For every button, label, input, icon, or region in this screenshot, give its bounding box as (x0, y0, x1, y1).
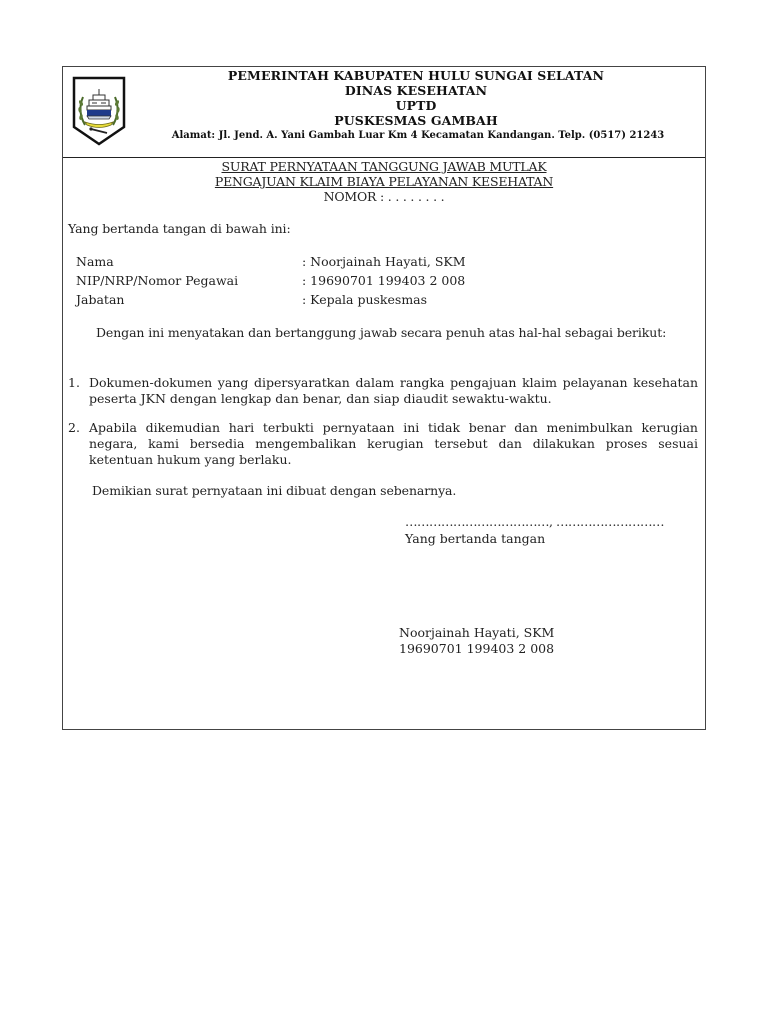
identity-value: : Noorjainah Hayati, SKM (302, 252, 466, 271)
list-item: 2. Apabila dikemudian hari terbukti pern… (68, 420, 698, 468)
unit-name: UPTD (133, 98, 699, 113)
list-number: 1. (68, 375, 89, 407)
signatory-nip: 19690701 199403 2 008 (399, 641, 554, 657)
closing-text: Demikian surat pernyataan ini dibuat den… (92, 483, 698, 499)
identity-row-nip: NIP/NRP/Nomor Pegawai : 19690701 199403 … (76, 271, 466, 290)
identity-label: NIP/NRP/Nomor Pegawai (76, 271, 302, 290)
identity-label: Jabatan (76, 290, 302, 309)
list-number: 2. (68, 420, 89, 468)
signature-role: Yang bertanda tangan (405, 531, 545, 547)
identity-value: : 19690701 199403 2 008 (302, 271, 465, 290)
document-frame: PEMERINTAH KABUPATEN HULU SUNGAI SELATAN… (62, 66, 706, 730)
list-text: Dokumen-dokumen yang dipersyaratkan dala… (89, 375, 698, 407)
list-text: Apabila dikemudian hari terbukti pernyat… (89, 420, 698, 468)
department-name: DINAS KESEHATAN (133, 83, 699, 98)
government-name: PEMERINTAH KABUPATEN HULU SUNGAI SELATAN (133, 67, 699, 83)
identity-row-position: Jabatan : Kepala puskesmas (76, 290, 466, 309)
statement-text: Dengan ini menyatakan dan bertanggung ja… (68, 325, 698, 341)
identity-value: : Kepala puskesmas (302, 290, 427, 309)
document-number: NOMOR : . . . . . . . . (63, 189, 705, 204)
signatory-name: Noorjainah Hayati, SKM (399, 625, 554, 641)
institution-name: PUSKESMAS GAMBAH (133, 113, 699, 128)
title-line-1: SURAT PERNYATAAN TANGGUNG JAWAB MUTLAK (63, 159, 705, 174)
title-line-2: PENGAJUAN KLAIM BIAYA PELAYANAN KESEHATA… (63, 174, 705, 189)
identity-table: Nama : Noorjainah Hayati, SKM NIP/NRP/No… (76, 252, 466, 309)
letterhead: PEMERINTAH KABUPATEN HULU SUNGAI SELATAN… (63, 67, 705, 158)
document-title: SURAT PERNYATAAN TANGGUNG JAWAB MUTLAK P… (63, 159, 705, 204)
puskesmas-emblem-icon (71, 75, 127, 147)
institution-address: Alamat: Jl. Jend. A. Yani Gambah Luar Km… (137, 128, 699, 143)
list-item: 1. Dokumen-dokumen yang dipersyaratkan d… (68, 375, 698, 407)
identity-row-name: Nama : Noorjainah Hayati, SKM (76, 252, 466, 271)
signature-place-date: ………………………………, ……………………… (405, 514, 664, 530)
identity-label: Nama (76, 252, 302, 271)
letterhead-text: PEMERINTAH KABUPATEN HULU SUNGAI SELATAN… (133, 67, 699, 143)
intro-text: Yang bertanda tangan di bawah ini: (68, 221, 698, 237)
